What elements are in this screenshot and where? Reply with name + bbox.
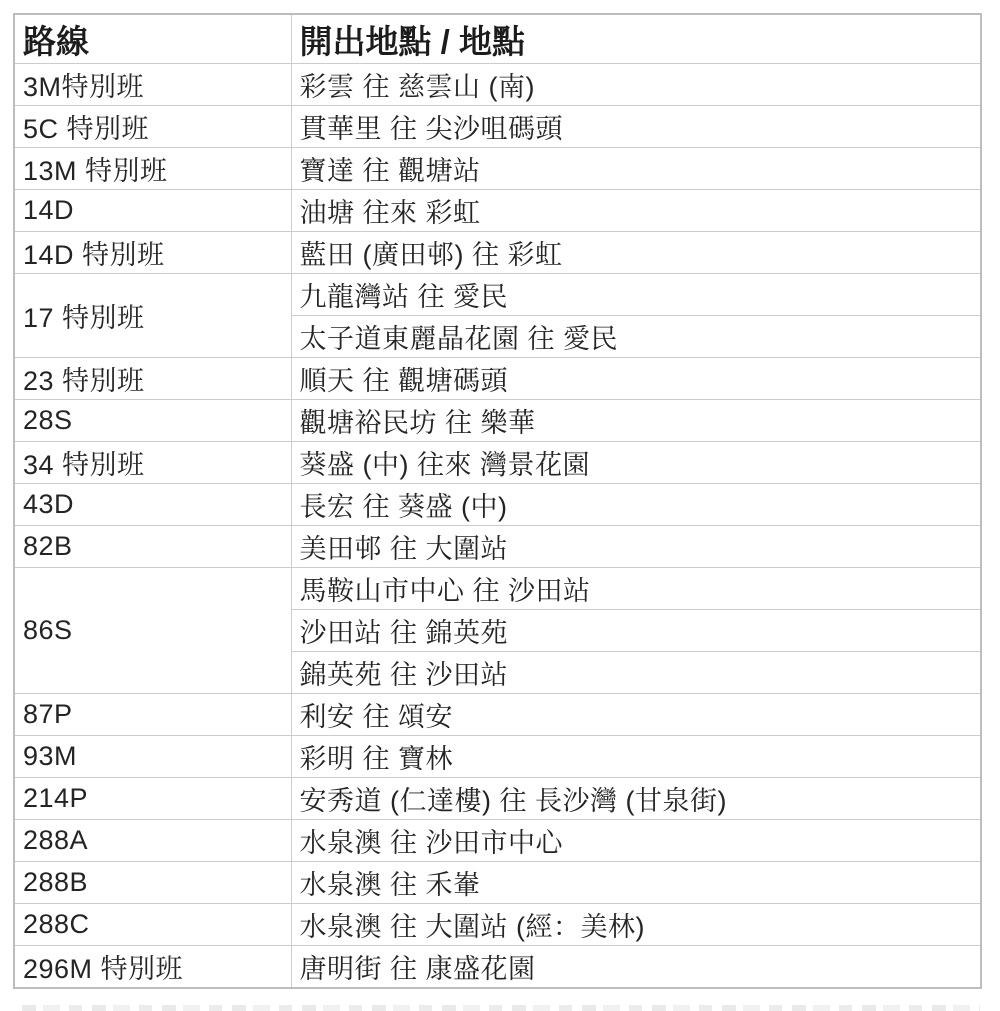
table-row: 5C 特別班貫華里 往 尖沙咀碼頭 [14,106,981,148]
route-cell: 214P [14,778,291,820]
table-row: 93M彩明 往 寶林 [14,736,981,778]
table-row: 13M 特別班寶達 往 觀塘站 [14,148,981,190]
table-row: 34 特別班葵盛 (中) 往來 灣景花園 [14,442,981,484]
destination-cell: 順天 往 觀塘碼頭 [291,358,981,400]
destination-cell: 太子道東麗晶花園 往 愛民 [291,316,981,358]
table-row: 23 特別班順天 往 觀塘碼頭 [14,358,981,400]
table-row: 214P安秀道 (仁達樓) 往 長沙灣 (甘泉街) [14,778,981,820]
destination-cell: 貫華里 往 尖沙咀碼頭 [291,106,981,148]
route-cell: 28S [14,400,291,442]
table-row: 14D 特別班藍田 (廣田邨) 往 彩虹 [14,232,981,274]
table-row: 288C水泉澳 往 大圍站 (經：美林) [14,904,981,946]
route-cell: 288A [14,820,291,862]
destination-cell: 油塘 往來 彩虹 [291,190,981,232]
destination-cell: 九龍灣站 往 愛民 [291,274,981,316]
route-cell: 296M 特別班 [14,946,291,989]
route-cell: 14D 特別班 [14,232,291,274]
route-cell: 5C 特別班 [14,106,291,148]
table-row: 28S觀塘裕民坊 往 樂華 [14,400,981,442]
destination-cell: 唐明街 往 康盛花園 [291,946,981,989]
route-cell: 34 特別班 [14,442,291,484]
destination-column-header: 開出地點 / 地點 [291,14,981,64]
destination-cell: 水泉澳 往 禾輋 [291,862,981,904]
route-cell: 14D [14,190,291,232]
destination-cell: 利安 往 頌安 [291,694,981,736]
route-column-header: 路線 [14,14,291,64]
route-cell: 13M 特別班 [14,148,291,190]
header-row: 路線 開出地點 / 地點 [14,14,981,64]
destination-cell: 彩雲 往 慈雲山 (南) [291,64,981,106]
table-row: 296M 特別班唐明街 往 康盛花園 [14,946,981,989]
destination-cell: 葵盛 (中) 往來 灣景花園 [291,442,981,484]
route-cell: 288B [14,862,291,904]
route-cell: 288C [14,904,291,946]
route-cell: 23 特別班 [14,358,291,400]
destination-cell: 長宏 往 葵盛 (中) [291,484,981,526]
table-row: 87P利安 往 頌安 [14,694,981,736]
destination-cell: 藍田 (廣田邨) 往 彩虹 [291,232,981,274]
route-cell: 82B [14,526,291,568]
route-cell: 3M特別班 [14,64,291,106]
cut-off-next-text-line [22,1005,980,1011]
destination-cell: 彩明 往 寶林 [291,736,981,778]
page: 路線 開出地點 / 地點 3M特別班彩雲 往 慈雲山 (南)5C 特別班貫華里 … [0,0,1000,1011]
destination-cell: 水泉澳 往 沙田市中心 [291,820,981,862]
route-cell: 43D [14,484,291,526]
destination-cell: 沙田站 往 錦英苑 [291,610,981,652]
table-row: 82B美田邨 往 大圍站 [14,526,981,568]
table-row: 86S馬鞍山市中心 往 沙田站 [14,568,981,610]
table-row: 288B水泉澳 往 禾輋 [14,862,981,904]
route-cell: 87P [14,694,291,736]
table-row: 14D油塘 往來 彩虹 [14,190,981,232]
table-row: 17 特別班九龍灣站 往 愛民 [14,274,981,316]
destination-cell: 錦英苑 往 沙田站 [291,652,981,694]
route-cell: 93M [14,736,291,778]
route-table: 路線 開出地點 / 地點 3M特別班彩雲 往 慈雲山 (南)5C 特別班貫華里 … [13,13,982,989]
destination-cell: 水泉澳 往 大圍站 (經：美林) [291,904,981,946]
route-cell: 17 特別班 [14,274,291,358]
destination-cell: 觀塘裕民坊 往 樂華 [291,400,981,442]
destination-cell: 寶達 往 觀塘站 [291,148,981,190]
destination-cell: 馬鞍山市中心 往 沙田站 [291,568,981,610]
destination-cell: 安秀道 (仁達樓) 往 長沙灣 (甘泉街) [291,778,981,820]
table-row: 288A水泉澳 往 沙田市中心 [14,820,981,862]
table-row: 43D長宏 往 葵盛 (中) [14,484,981,526]
route-cell: 86S [14,568,291,694]
table-row: 3M特別班彩雲 往 慈雲山 (南) [14,64,981,106]
destination-cell: 美田邨 往 大圍站 [291,526,981,568]
